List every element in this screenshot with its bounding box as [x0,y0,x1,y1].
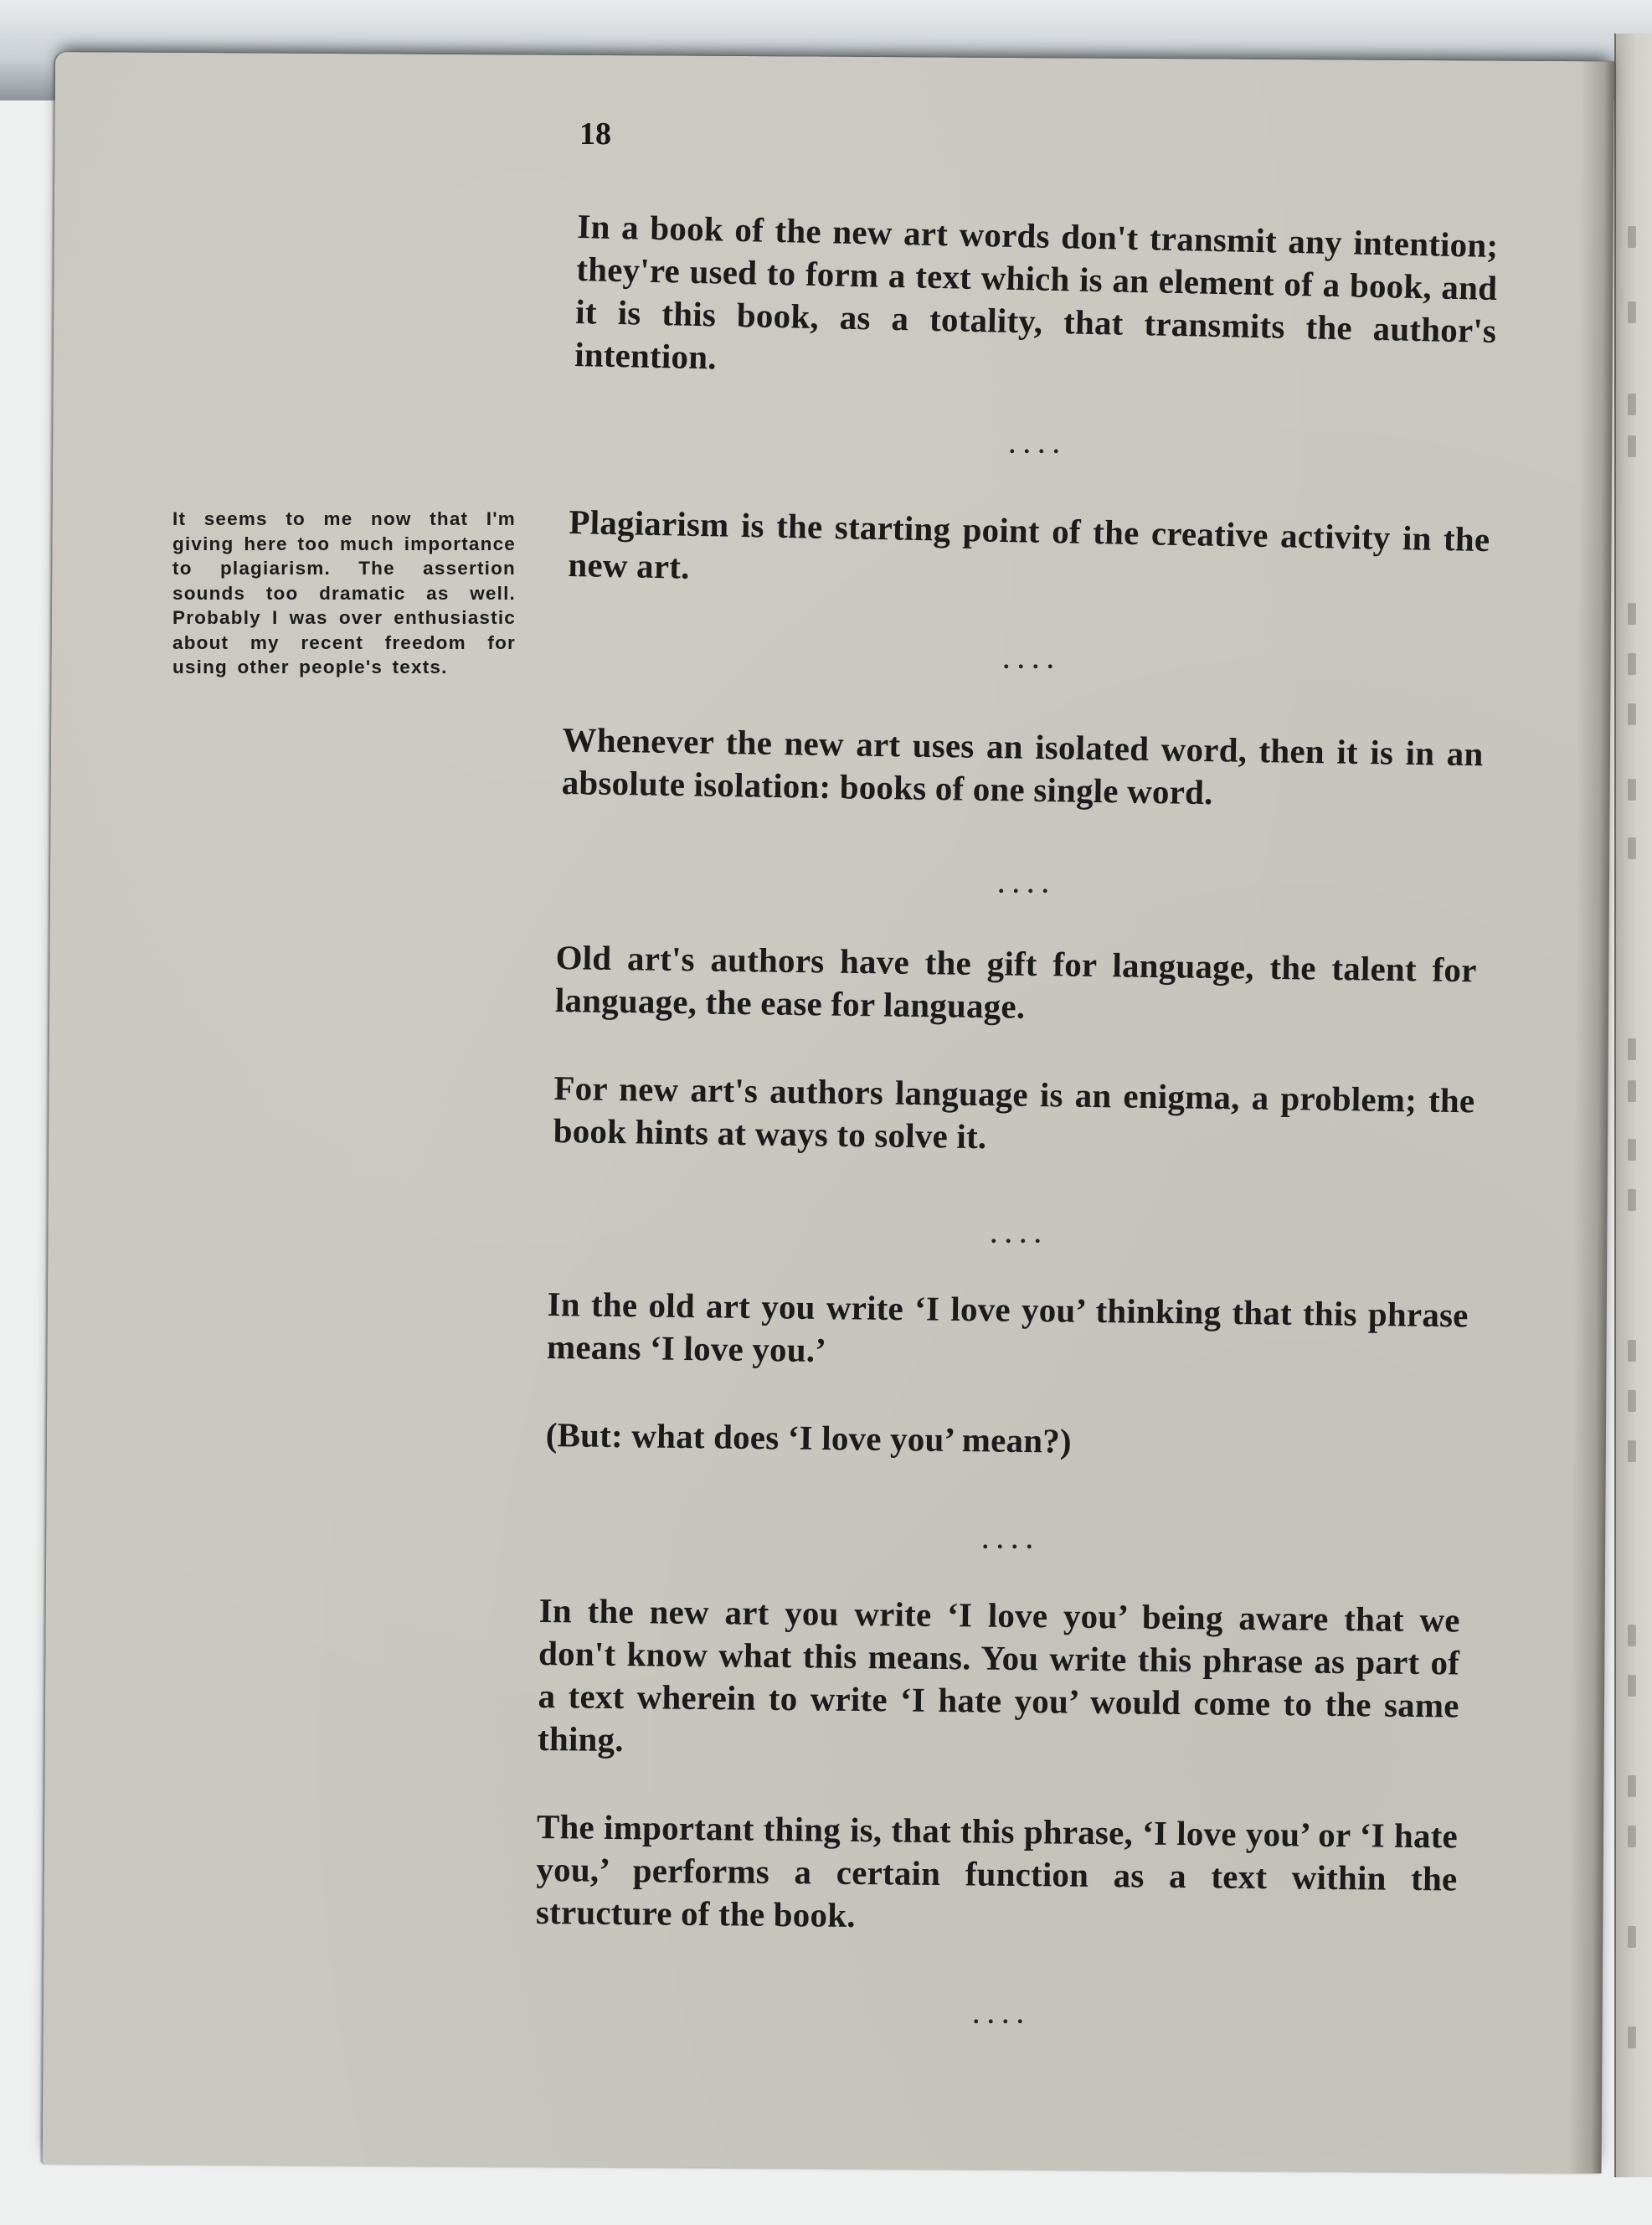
page-gutter-shadow [1568,61,1614,2173]
section-separator: .... [1005,431,1072,460]
ghost-text-mark [1628,1926,1636,1948]
ghost-text-mark [1628,1080,1636,1102]
paragraph: In the old art you write ‘I love you’ th… [547,1283,1469,1379]
ghost-text-mark [1628,1390,1636,1412]
ghost-text-mark [1628,1675,1636,1697]
section-separator: .... [969,2001,1036,2030]
ghost-text-mark [1628,1625,1636,1646]
ghost-text-mark [1628,1826,1636,1847]
section-separator: .... [978,1527,1045,1555]
ghost-text-mark [1628,226,1636,248]
text-section-1: In a book of the new art words don't tra… [574,205,1499,395]
paragraph: For new art's authors language is an eni… [553,1067,1474,1165]
ghost-text-mark [1628,1038,1636,1060]
page-number: 18 [579,116,611,152]
ghost-text-mark [1628,1340,1636,1362]
ghost-text-mark [1628,1440,1636,1462]
text-section-3: Whenever the new art uses an isolated wo… [561,718,1483,818]
ghost-text-mark [1628,301,1636,323]
margin-note: It seems to me now that I'm giving here … [172,507,516,680]
text-section-4: Old art's authors have the gift for lang… [553,936,1476,1165]
ghost-text-mark [1628,703,1636,725]
paragraph: In a book of the new art words don't tra… [574,205,1499,395]
section-separator: .... [986,1221,1053,1249]
adjacent-page-edge [1614,33,1652,2177]
ghost-text-mark [1628,779,1636,801]
section-separator: .... [994,871,1061,899]
ghost-text-mark [1628,1775,1636,1797]
ghost-text-mark [1628,837,1636,859]
paragraph: In the new art you write ‘I love you’ be… [538,1589,1460,1770]
text-section-6: In the new art you write ‘I love you’ be… [536,1589,1460,1943]
paragraph: Plagiarism is the starting point of the … [568,501,1490,604]
ghost-text-mark [1628,653,1636,675]
ghost-text-mark [1628,394,1636,415]
text-section-5: In the old art you write ‘I love you’ th… [545,1283,1468,1467]
paragraph: The important thing is, that this phrase… [536,1805,1459,1944]
section-separator: .... [999,646,1066,675]
ghost-text-mark [1628,435,1636,457]
paragraph: Old art's authors have the gift for lang… [555,936,1477,1034]
text-section-2: Plagiarism is the starting point of the … [568,501,1490,604]
ghost-text-mark [1628,1189,1636,1211]
ghost-text-mark [1628,1139,1636,1161]
ghost-text-mark [1628,603,1636,625]
ghost-text-mark [1628,2027,1636,2048]
paragraph: Whenever the new art uses an isolated wo… [561,718,1483,818]
